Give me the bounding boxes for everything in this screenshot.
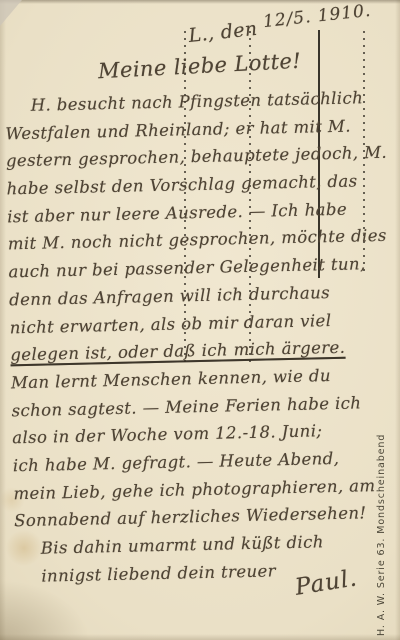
date-place: L., den (187, 18, 258, 47)
date-line: L., den 12/5. 1910. (187, 3, 398, 47)
date-value: 12/5. 1910. (262, 1, 372, 32)
salutation: Meine liebe Lotte! (98, 49, 302, 84)
letter-body: H. besucht nach Pfingsten tatsächlich We… (4, 84, 397, 591)
postcard-back: L., den 12/5. 1910. Meine liebe Lotte! H… (0, 0, 400, 640)
printed-edge-caption: H. A. W. Serie 63. Mondscheinabend (376, 431, 389, 636)
edge-shading-bottom (0, 634, 400, 640)
